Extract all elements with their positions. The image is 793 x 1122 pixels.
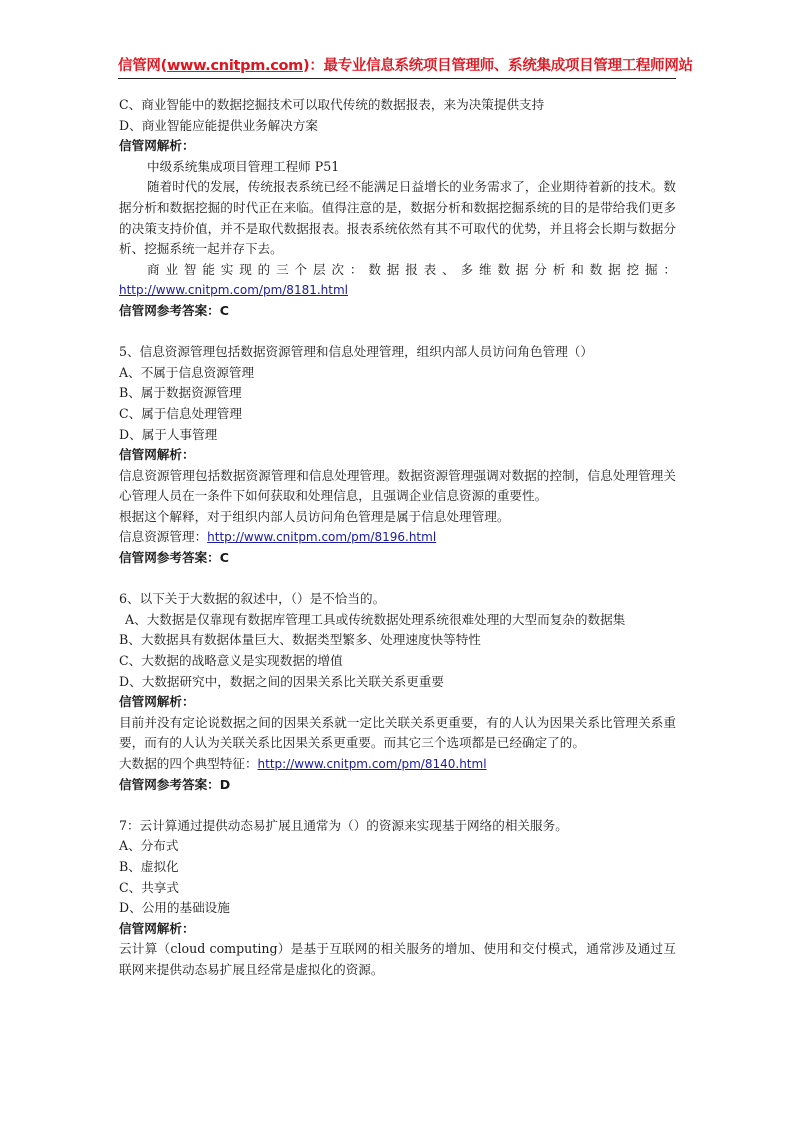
reference-link-8181[interactable]: http://www.cnitpm.com/pm/8181.html (119, 283, 348, 297)
question-stem: 5、信息资源管理包括数据资源管理和信息处理管理，组织内部人员访问角色管理（） (119, 342, 676, 363)
option-b: B、属于数据资源管理 (119, 383, 676, 404)
analysis-label: 信管网解析： (119, 692, 676, 713)
option-d: D、大数据研究中，数据之间的因果关系比关联关系更重要 (119, 672, 676, 693)
answer-label: 信管网参考答案：D (119, 775, 676, 796)
analysis-label: 信管网解析： (119, 919, 676, 940)
question-4-tail: C、商业智能中的数据挖掘技术可以取代传统的数据报表，来为决策提供支持 D、商业智… (119, 95, 676, 322)
option-d: D、属于人事管理 (119, 425, 676, 446)
option-d: D、公用的基础设施 (119, 898, 676, 919)
option-b: B、大数据具有数据体量巨大、数据类型繁多、处理速度快等特性 (119, 630, 676, 651)
option-c: C、共享式 (119, 878, 676, 899)
reference-link-8196[interactable]: http://www.cnitpm.com/pm/8196.html (207, 530, 436, 544)
option-a: A、大数据是仅靠现有数据库管理工具或传统数据处理系统很难处理的大型而复杂的数据集 (119, 610, 676, 631)
analysis-label: 信管网解析： (119, 445, 676, 466)
analysis-paragraph: 目前并没有定论说数据之间的因果关系就一定比关联关系更重要，有的人认为因果关系比管… (119, 713, 676, 754)
question-stem: 6、以下关于大数据的叙述中，（）是不恰当的。 (119, 589, 676, 610)
reference-link-8140[interactable]: http://www.cnitpm.com/pm/8140.html (258, 757, 487, 771)
header-prefix: 信管网( (118, 58, 167, 74)
link-prefix: 信息资源管理： (119, 529, 207, 544)
question-7: 7：云计算通过提供动态易扩展且通常为（）的资源来实现基于网络的相关服务。 A、分… (119, 816, 676, 981)
question-6: 6、以下关于大数据的叙述中，（）是不恰当的。 A、大数据是仅靠现有数据库管理工具… (119, 589, 676, 795)
option-c: C、属于信息处理管理 (119, 404, 676, 425)
question-stem: 7：云计算通过提供动态易扩展且通常为（）的资源来实现基于网络的相关服务。 (119, 816, 676, 837)
analysis-paragraph: 随着时代的发展，传统报表系统已经不能满足日益增长的业务需求了，企业期待着新的技术… (119, 177, 676, 259)
analysis-reference: 中级系统集成项目管理工程师 P51 (119, 157, 676, 178)
page-header: 信管网(www.cnitpm.com)：最专业信息系统项目管理师、系统集成项目管… (118, 56, 676, 79)
option-c: C、商业智能中的数据挖掘技术可以取代传统的数据报表，来为决策提供支持 (119, 95, 676, 116)
option-d: D、商业智能应能提供业务解决方案 (119, 116, 676, 137)
analysis-paragraph: 信息资源管理包括数据资源管理和信息处理管理。数据资源管理强调对数据的控制，信息处… (119, 466, 676, 507)
header-site-link[interactable]: www.cnitpm.com (167, 58, 303, 74)
option-b: B、虚拟化 (119, 857, 676, 878)
analysis-paragraph: 云计算（cloud computing）是基于互联网的相关服务的增加、使用和交付… (119, 939, 676, 980)
analysis-conclusion: 根据这个解释，对于组织内部人员访问角色管理是属于信息处理管理。 (119, 507, 676, 528)
header-suffix: )：最专业信息系统项目管理师、系统集成项目管理工程师网站 (303, 58, 693, 74)
option-c: C、大数据的战略意义是实现数据的增值 (119, 651, 676, 672)
answer-label: 信管网参考答案：C (119, 548, 676, 569)
document-body: C、商业智能中的数据挖掘技术可以取代传统的数据报表，来为决策提供支持 D、商业智… (119, 95, 676, 981)
analysis-levels: 商业智能实现的三个层次：数据报表、多维数据分析和数据挖掘： (119, 260, 676, 281)
option-a: A、分布式 (119, 836, 676, 857)
analysis-label: 信管网解析： (119, 136, 676, 157)
link-prefix: 大数据的四个典型特征： (119, 756, 258, 771)
answer-label: 信管网参考答案：C (119, 301, 676, 322)
question-5: 5、信息资源管理包括数据资源管理和信息处理管理，组织内部人员访问角色管理（） A… (119, 342, 676, 569)
option-a: A、不属于信息资源管理 (119, 363, 676, 384)
